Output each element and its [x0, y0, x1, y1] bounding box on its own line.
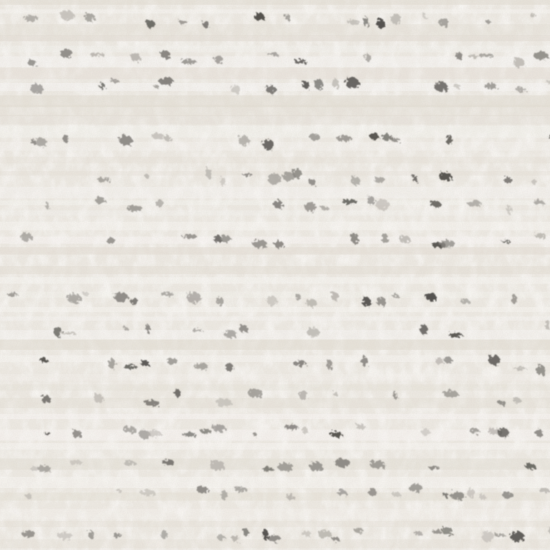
rug-texture-canvas — [0, 0, 550, 550]
rug-texture-photo — [0, 0, 550, 550]
